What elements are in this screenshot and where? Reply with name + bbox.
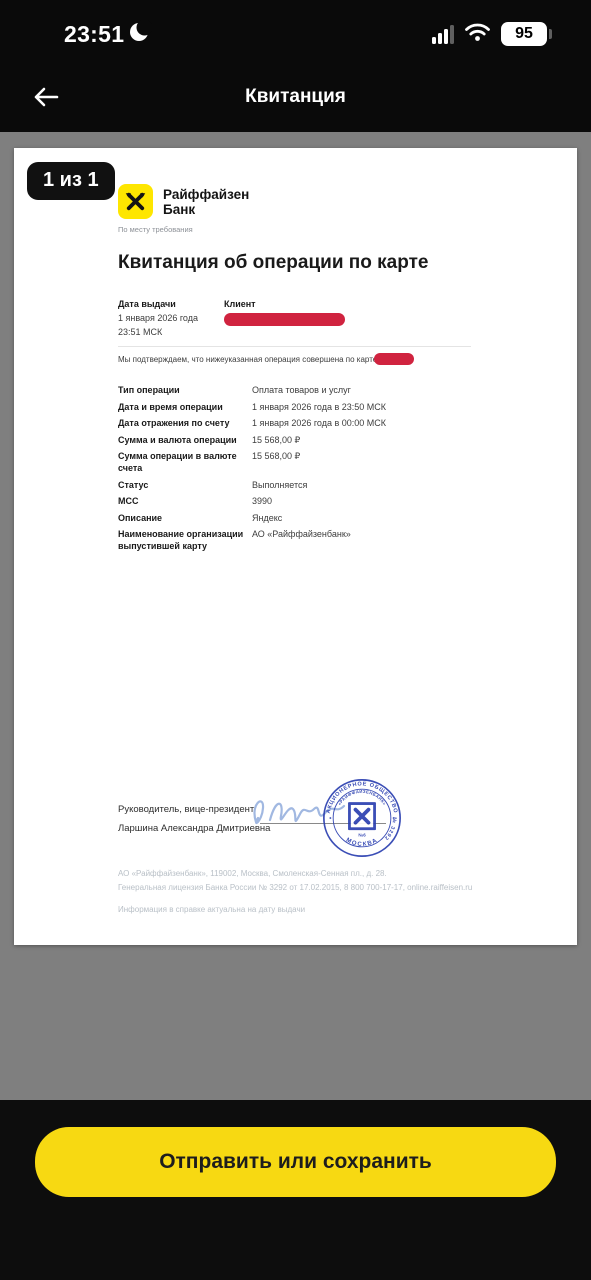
issue-time-value: 23:51 МСК [118,325,224,339]
doc-title: Квитанция об операции по карте [118,252,428,274]
table-row: Сумма и валюта операции 15 568,00 ₽ [118,434,478,446]
page-count-badge: 1 из 1 [27,162,115,200]
client-label: Клиент [224,297,345,311]
footer-license: Генеральная лицензия Банка России № 3292… [118,881,558,895]
app-bar: Квитанция [0,62,591,132]
bank-logo: Райффайзен Банк [118,184,249,219]
battery-percent: 95 [515,25,533,43]
row-label: Статус [118,479,252,491]
row-label: МСС [118,495,252,507]
wifi-icon [464,22,491,47]
signal-icon [432,25,454,44]
row-label: Дата и время операции [118,401,252,413]
confirmation-line: Мы подтверждаем, что нижеуказанная опера… [118,353,414,365]
operation-details-table: Тип операции Оплата товаров и услуг Дата… [118,384,478,557]
phone-screen: 23:51 95 [0,0,591,1280]
stamp-city-text: МОСКВА [345,837,380,848]
status-time: 23:51 [64,21,124,48]
row-label: Тип операции [118,384,252,396]
moon-icon [128,20,152,49]
bank-stamp: АКЦИОНЕРНОЕ ОБЩЕСТВО № 3292 «РАЙФФАЙЗЕНБ… [322,778,402,863]
table-row: Описание Яндекс [118,512,478,524]
table-row: Статус Выполняется [118,479,478,491]
divider [118,346,471,347]
row-value: Выполняется [252,479,307,491]
row-value: 1 января 2026 года в 00:00 МСК [252,417,386,429]
table-row: Тип операции Оплата товаров и услуг [118,384,478,396]
footer-note: Информация в справке актуальна на дату в… [118,903,558,917]
row-value: 1 января 2026 года в 23:50 МСК [252,401,386,413]
row-value: 3990 [252,495,272,507]
client-name-redaction [224,313,345,326]
table-row: Дата отражения по счету 1 января 2026 го… [118,417,478,429]
receipt-document: Райффайзен Банк По месту требования Квит… [14,148,577,945]
bottom-action-bar: Отправить или сохранить [0,1100,591,1280]
table-row: Наименование организации выпустившей кар… [118,528,478,552]
issue-date-label: Дата выдачи [118,297,224,311]
footer-address: АО «Райффайзенбанк», 119002, Москва, Смо… [118,867,558,881]
row-label: Сумма и валюта операции [118,434,252,446]
bank-name: Райффайзен Банк [163,184,249,219]
row-label: Сумма операции в валюте счета [118,450,252,474]
status-bar: 23:51 95 [0,0,591,62]
bank-name-line2: Банк [163,202,249,217]
issue-block: Дата выдачи 1 января 2026 года 23:51 МСК… [118,297,345,339]
svg-text:МОСКВА: МОСКВА [345,837,380,848]
row-value: АО «Райффайзенбанк» [252,528,351,552]
doc-tagline: По месту требования [118,225,193,234]
table-row: МСС 3990 [118,495,478,507]
raiffeisen-logo-icon [118,184,153,219]
stamp-number: №6 [358,833,366,838]
bank-name-line1: Райффайзен [163,187,249,202]
confirmation-text: Мы подтверждаем, что нижеуказанная опера… [118,355,377,364]
row-value: 15 568,00 ₽ [252,434,300,446]
table-row: Сумма операции в валюте счета 15 568,00 … [118,450,478,474]
doc-footer: АО «Райффайзенбанк», 119002, Москва, Смо… [118,867,558,917]
row-value: 15 568,00 ₽ [252,450,300,474]
page-title: Квитанция [0,86,591,108]
row-label: Наименование организации выпустившей кар… [118,528,252,552]
row-value: Оплата товаров и услуг [252,384,351,396]
issue-date-value: 1 января 2026 года [118,311,224,325]
battery-icon: 95 [501,22,547,46]
card-number-redaction [374,353,414,365]
row-label: Дата отражения по счету [118,417,252,429]
row-value: Яндекс [252,512,282,524]
back-button[interactable] [26,79,66,115]
row-label: Описание [118,512,252,524]
send-or-save-button[interactable]: Отправить или сохранить [35,1127,556,1197]
table-row: Дата и время операции 1 января 2026 года… [118,401,478,413]
